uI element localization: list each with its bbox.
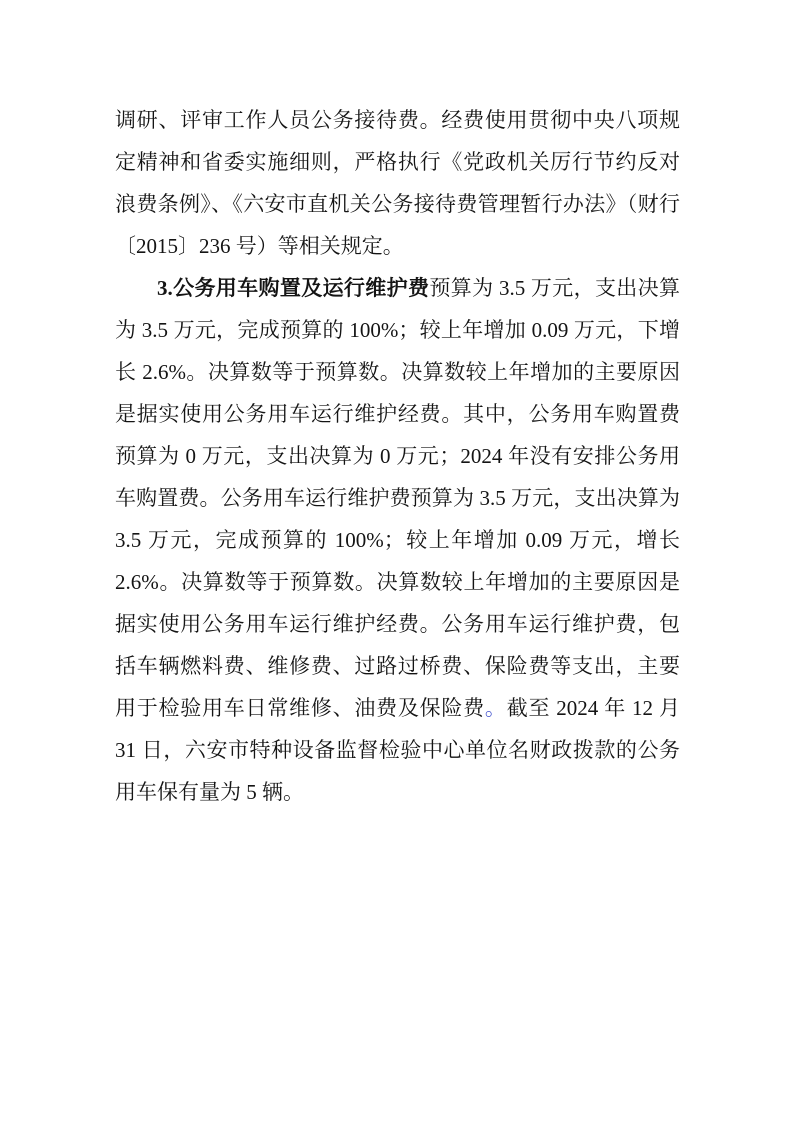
paragraph-reception-fee-regulations: 调研、评审工作人员公务接待费。经费使用贯彻中央八项规定精神和省委实施细则，严格执… (115, 99, 680, 267)
document-body: 调研、评审工作人员公务接待费。经费使用贯彻中央八项规定精神和省委实施细则，严格执… (115, 99, 680, 813)
document-page: 调研、评审工作人员公务接待费。经费使用贯彻中央八项规定精神和省委实施细则，严格执… (0, 0, 793, 1122)
blue-period-mark: 。 (485, 696, 507, 720)
paragraph-official-vehicle-expense: 3.公务用车购置及运行维护费预算为 3.5 万元，支出决算为 3.5 万元，完成… (115, 267, 680, 813)
vehicle-expense-body-part1: 预算为 3.5 万元，支出决算为 3.5 万元，完成预算的 100%；较上年增加… (115, 276, 680, 720)
vehicle-expense-heading: 3.公务用车购置及运行维护费 (157, 276, 429, 300)
reception-fee-text: 调研、评审工作人员公务接待费。经费使用贯彻中央八项规定精神和省委实施细则，严格执… (115, 108, 680, 258)
